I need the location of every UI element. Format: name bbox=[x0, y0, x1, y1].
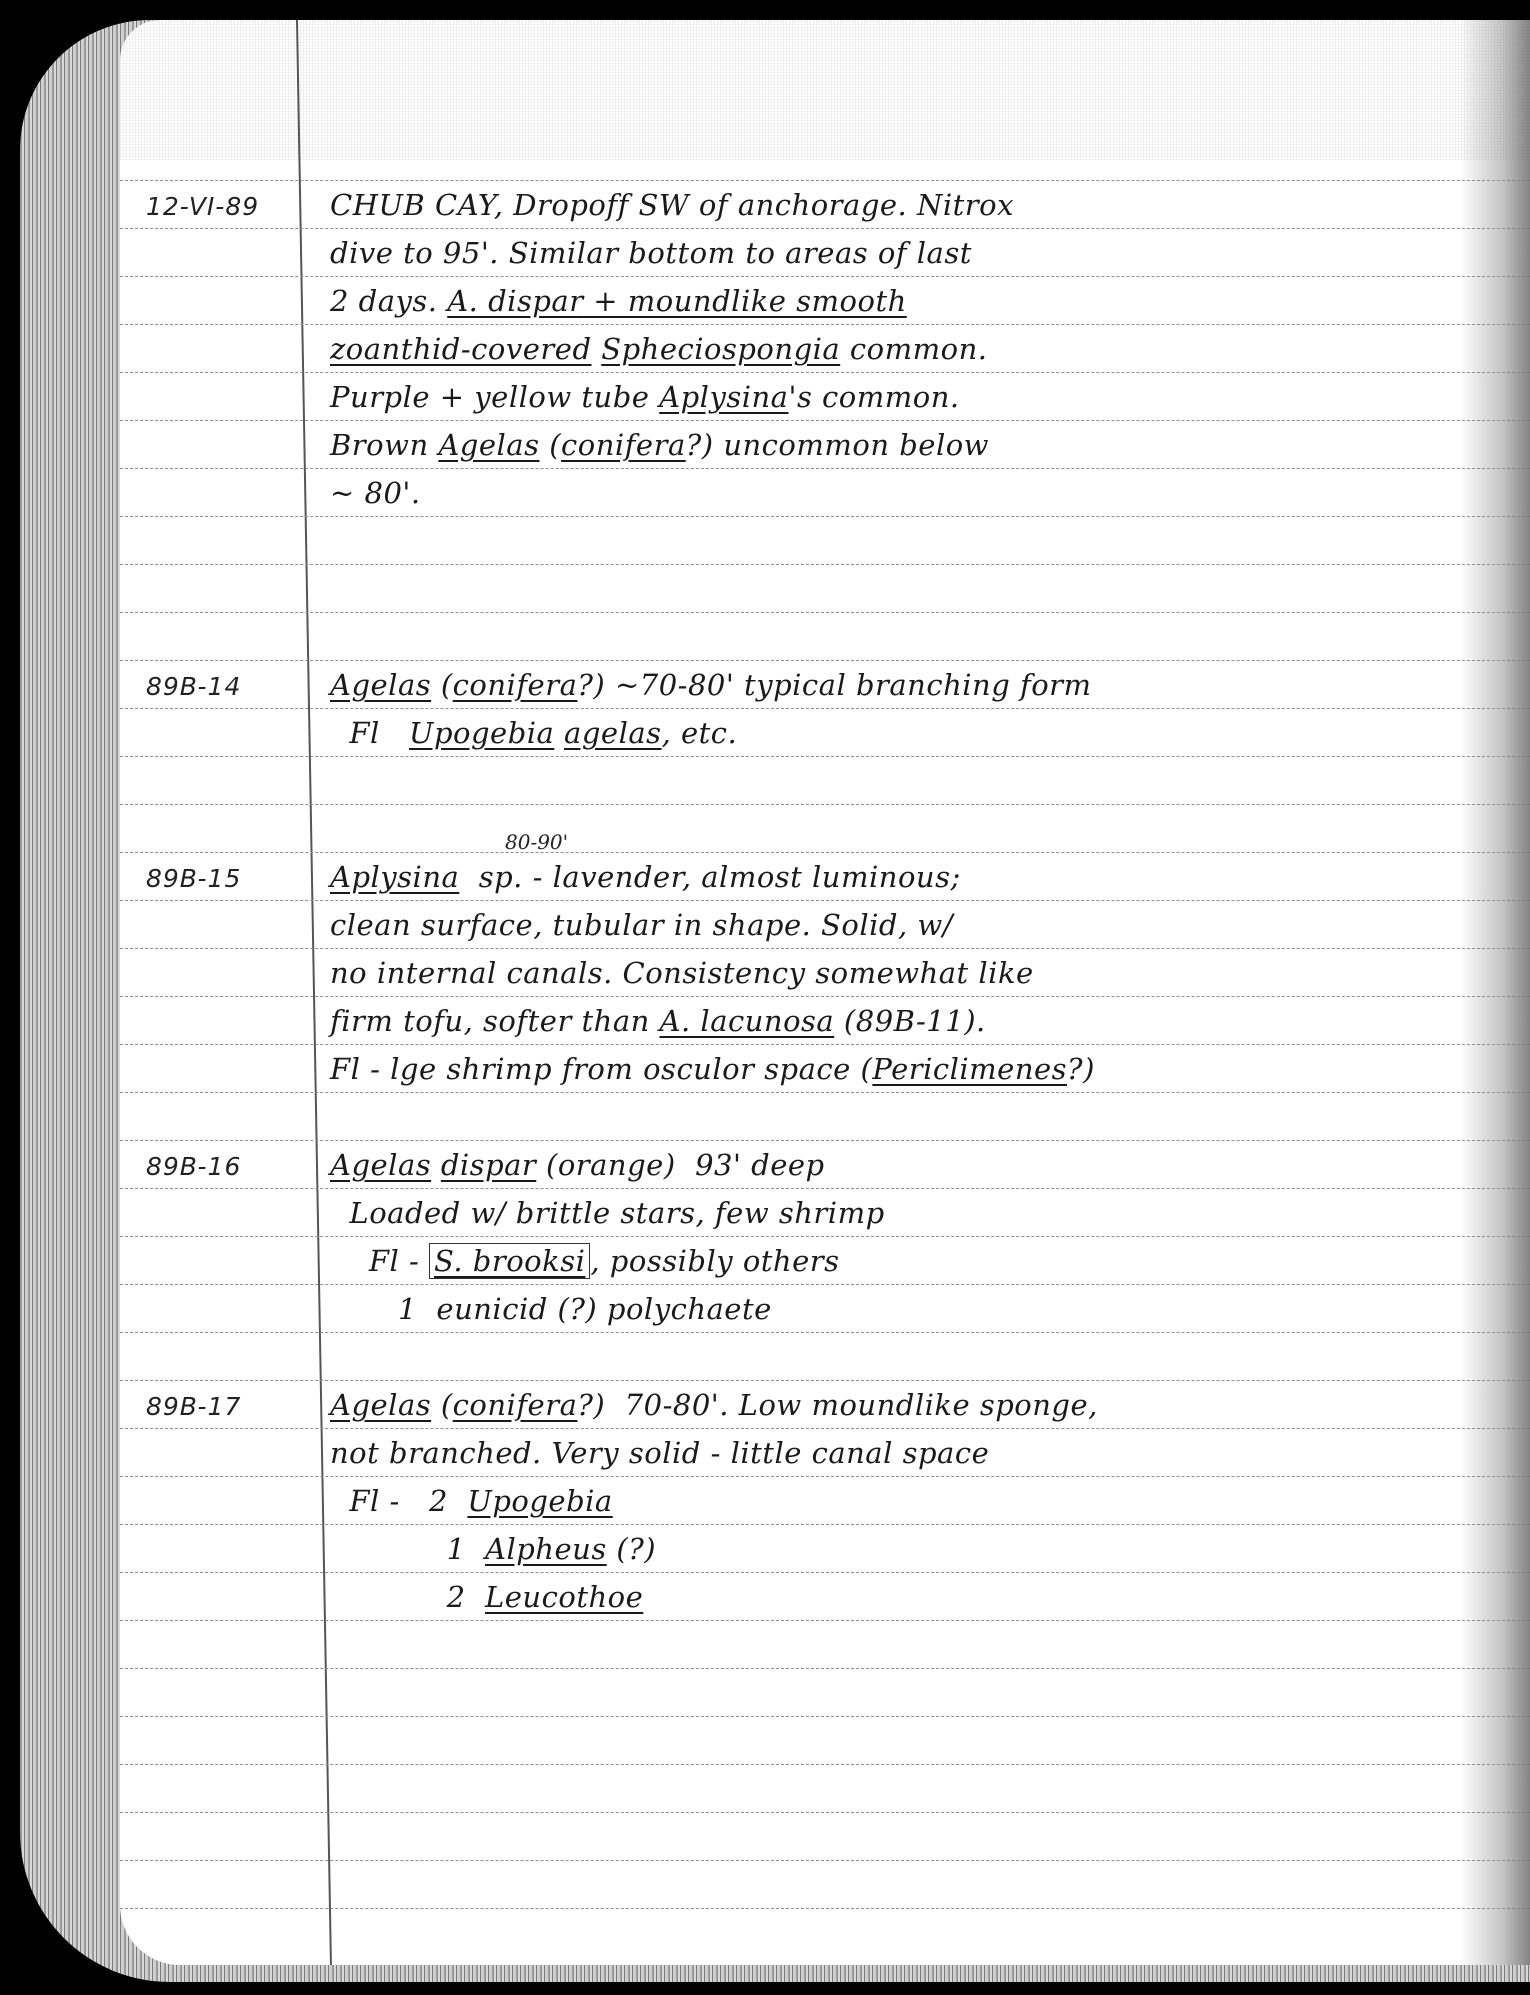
text-segment bbox=[554, 716, 564, 750]
entry-text-line: dive to 95'. Similar bottom to areas of … bbox=[330, 236, 1440, 270]
text-segment: Loaded w/ brittle stars, few shrimp bbox=[330, 1196, 885, 1230]
entry-id: 89B-14 bbox=[146, 672, 296, 701]
ruled-line bbox=[120, 612, 1530, 613]
ruled-line bbox=[120, 1860, 1530, 1861]
entry-text-line: Fl - S. brooksi, possibly others bbox=[330, 1244, 1440, 1278]
ruled-line bbox=[120, 708, 1530, 709]
text-segment: Fl - lge shrimp from osculor space ( bbox=[330, 1052, 872, 1086]
taxon-name: + moundlike smooth bbox=[584, 284, 907, 318]
text-segment: CHUB CAY, Dropoff SW of anchorage. Nitro… bbox=[330, 188, 1014, 222]
entry-text-line: CHUB CAY, Dropoff SW of anchorage. Nitro… bbox=[330, 188, 1440, 222]
entry-id: 12-VI-89 bbox=[146, 192, 296, 221]
entry-text-line: clean surface, tubular in shape. Solid, … bbox=[330, 908, 1440, 942]
ruled-line bbox=[120, 276, 1530, 277]
text-segment: 2 bbox=[330, 1580, 485, 1614]
entry-text-line: Fl Upogebia agelas, etc. bbox=[330, 716, 1440, 750]
text-segment bbox=[431, 1148, 441, 1182]
entry-text-line: Purple + yellow tube Aplysina's common. bbox=[330, 380, 1440, 414]
depth-annotation: 80-90' bbox=[505, 830, 568, 854]
ruled-line bbox=[120, 1620, 1530, 1621]
taxon-name: Agelas bbox=[330, 1388, 431, 1422]
taxon-name: A. dispar bbox=[447, 284, 583, 318]
text-segment: 1 eunicid (?) polychaete bbox=[330, 1292, 772, 1326]
entry-text-line: 1 eunicid (?) polychaete bbox=[330, 1292, 1440, 1326]
taxon-name: Periclimenes bbox=[872, 1052, 1067, 1086]
text-segment: no internal canals. Consistency somewhat… bbox=[330, 956, 1034, 990]
text-segment: firm tofu, softer than bbox=[330, 1004, 660, 1038]
taxon-name: Leucothoe bbox=[485, 1580, 643, 1614]
text-segment: 2 days. bbox=[330, 284, 447, 318]
ruled-line bbox=[120, 1140, 1530, 1141]
entry-text-line: 2 days. A. dispar + moundlike smooth bbox=[330, 284, 1440, 318]
text-segment: ~ 80'. bbox=[330, 476, 421, 510]
entry-text-line: 1 Alpheus (?) bbox=[330, 1532, 1440, 1566]
text-segment: (orange) 93' deep bbox=[536, 1148, 824, 1182]
ruled-line bbox=[120, 1188, 1530, 1189]
ruled-line bbox=[120, 1476, 1530, 1477]
taxon-name: conifera bbox=[453, 1388, 578, 1422]
ruled-line bbox=[120, 468, 1530, 469]
entry-id: 89B-16 bbox=[146, 1152, 296, 1181]
ruled-line bbox=[120, 756, 1530, 757]
ruled-line bbox=[120, 1764, 1530, 1765]
text-segment: Fl bbox=[330, 716, 409, 750]
taxon-name: Agelas bbox=[438, 428, 539, 462]
ruled-line bbox=[120, 804, 1530, 805]
ruled-line bbox=[120, 660, 1530, 661]
ruled-line bbox=[120, 324, 1530, 325]
text-segment: ( bbox=[431, 1388, 453, 1422]
text-segment: ?) uncommon below bbox=[686, 428, 989, 462]
ruled-line bbox=[120, 1332, 1530, 1333]
entry-text-line: zoanthid-covered Spheciospongia common. bbox=[330, 332, 1440, 366]
ruled-line bbox=[120, 1668, 1530, 1669]
notebook-page: 12-VI-89CHUB CAY, Dropoff SW of anchorag… bbox=[120, 20, 1530, 1965]
text-segment: , possibly others bbox=[590, 1244, 839, 1278]
text-segment: sp. - lavender, almost luminous; bbox=[459, 860, 960, 894]
ruled-line bbox=[120, 516, 1530, 517]
taxon-name: conifera bbox=[453, 668, 578, 702]
ruled-line bbox=[120, 1716, 1530, 1717]
text-segment bbox=[592, 332, 602, 366]
taxon-name: zoanthid-covered bbox=[330, 332, 592, 366]
taxon-name: Aplysina bbox=[330, 860, 459, 894]
text-segment: (?) bbox=[607, 1532, 656, 1566]
entry-text-line: Agelas dispar (orange) 93' deep bbox=[330, 1148, 1440, 1182]
text-segment: Fl - 2 bbox=[330, 1484, 467, 1518]
ruled-line bbox=[120, 1524, 1530, 1525]
entry-text-line: 2 Leucothoe bbox=[330, 1580, 1440, 1614]
ruled-line bbox=[120, 420, 1530, 421]
text-segment: ?) bbox=[1067, 1052, 1095, 1086]
entry-text-line: ~ 80'. bbox=[330, 476, 1440, 510]
text-segment: ?) ~70-80' typical branching form bbox=[577, 668, 1091, 702]
text-segment: , etc. bbox=[662, 716, 738, 750]
ruled-line bbox=[120, 1908, 1530, 1909]
taxon-name: Upogebia bbox=[409, 716, 554, 750]
text-segment: 's common. bbox=[788, 380, 959, 414]
text-segment: Purple + yellow tube bbox=[330, 380, 659, 414]
ruled-line bbox=[120, 1044, 1530, 1045]
taxon-name: Aplysina bbox=[659, 380, 788, 414]
entry-id: 89B-15 bbox=[146, 864, 296, 893]
ruled-line bbox=[120, 1092, 1530, 1093]
text-segment: Brown bbox=[330, 428, 438, 462]
text-segment: (89B-11). bbox=[834, 1004, 986, 1038]
taxon-name: Agelas bbox=[330, 1148, 431, 1182]
entry-text-line: not branched. Very solid - little canal … bbox=[330, 1436, 1440, 1470]
entry-text-line: Fl - lge shrimp from osculor space (Peri… bbox=[330, 1052, 1440, 1086]
taxon-name: dispar bbox=[441, 1148, 536, 1182]
margin-rule bbox=[296, 20, 332, 1965]
text-segment: dive to 95'. Similar bottom to areas of … bbox=[330, 236, 972, 270]
taxon-name: Alpheus bbox=[485, 1532, 607, 1566]
entry-text-line: Brown Agelas (conifera?) uncommon below bbox=[330, 428, 1440, 462]
ruled-line bbox=[120, 1380, 1530, 1381]
taxon-name: Agelas bbox=[330, 668, 431, 702]
text-segment: 1 bbox=[330, 1532, 485, 1566]
ruled-line bbox=[120, 1284, 1530, 1285]
taxon-name: conifera bbox=[561, 428, 686, 462]
ruled-line bbox=[120, 996, 1530, 997]
ruled-line bbox=[120, 228, 1530, 229]
entry-text-line: firm tofu, softer than A. lacunosa (89B-… bbox=[330, 1004, 1440, 1038]
ruled-line bbox=[120, 900, 1530, 901]
text-segment: ( bbox=[539, 428, 561, 462]
taxon-name: Spheciospongia bbox=[601, 332, 840, 366]
entry-text-line: Loaded w/ brittle stars, few shrimp bbox=[330, 1196, 1440, 1230]
ruled-line bbox=[120, 1428, 1530, 1429]
taxon-name: A. lacunosa bbox=[660, 1004, 835, 1038]
entry-text-line: Aplysina sp. - lavender, almost luminous… bbox=[330, 860, 1440, 894]
taxon-name: Upogebia bbox=[467, 1484, 612, 1518]
text-segment: not branched. Very solid - little canal … bbox=[330, 1436, 989, 1470]
ruled-line bbox=[120, 852, 1530, 853]
taxon-name: S. brooksi bbox=[429, 1243, 590, 1279]
text-segment: common. bbox=[840, 332, 987, 366]
ruled-line bbox=[120, 948, 1530, 949]
ruled-line bbox=[120, 564, 1530, 565]
text-segment: clean surface, tubular in shape. Solid, … bbox=[330, 908, 953, 942]
ruled-line bbox=[120, 372, 1530, 373]
entry-text-line: Agelas (conifera?) ~70-80' typical branc… bbox=[330, 668, 1440, 702]
entry-text-line: Agelas (conifera?) 70-80'. Low moundlike… bbox=[330, 1388, 1440, 1422]
text-segment: ?) 70-80'. Low moundlike sponge, bbox=[577, 1388, 1097, 1422]
text-segment: ( bbox=[431, 668, 453, 702]
entry-id: 89B-17 bbox=[146, 1392, 296, 1421]
entry-text-line: Fl - 2 Upogebia bbox=[330, 1484, 1440, 1518]
taxon-name: agelas bbox=[564, 716, 661, 750]
text-segment: Fl - bbox=[330, 1244, 429, 1278]
ruled-line bbox=[120, 1572, 1530, 1573]
ruled-line bbox=[120, 1236, 1530, 1237]
entry-text-line: no internal canals. Consistency somewhat… bbox=[330, 956, 1440, 990]
ruled-line bbox=[120, 180, 1530, 181]
ruled-line bbox=[120, 1812, 1530, 1813]
